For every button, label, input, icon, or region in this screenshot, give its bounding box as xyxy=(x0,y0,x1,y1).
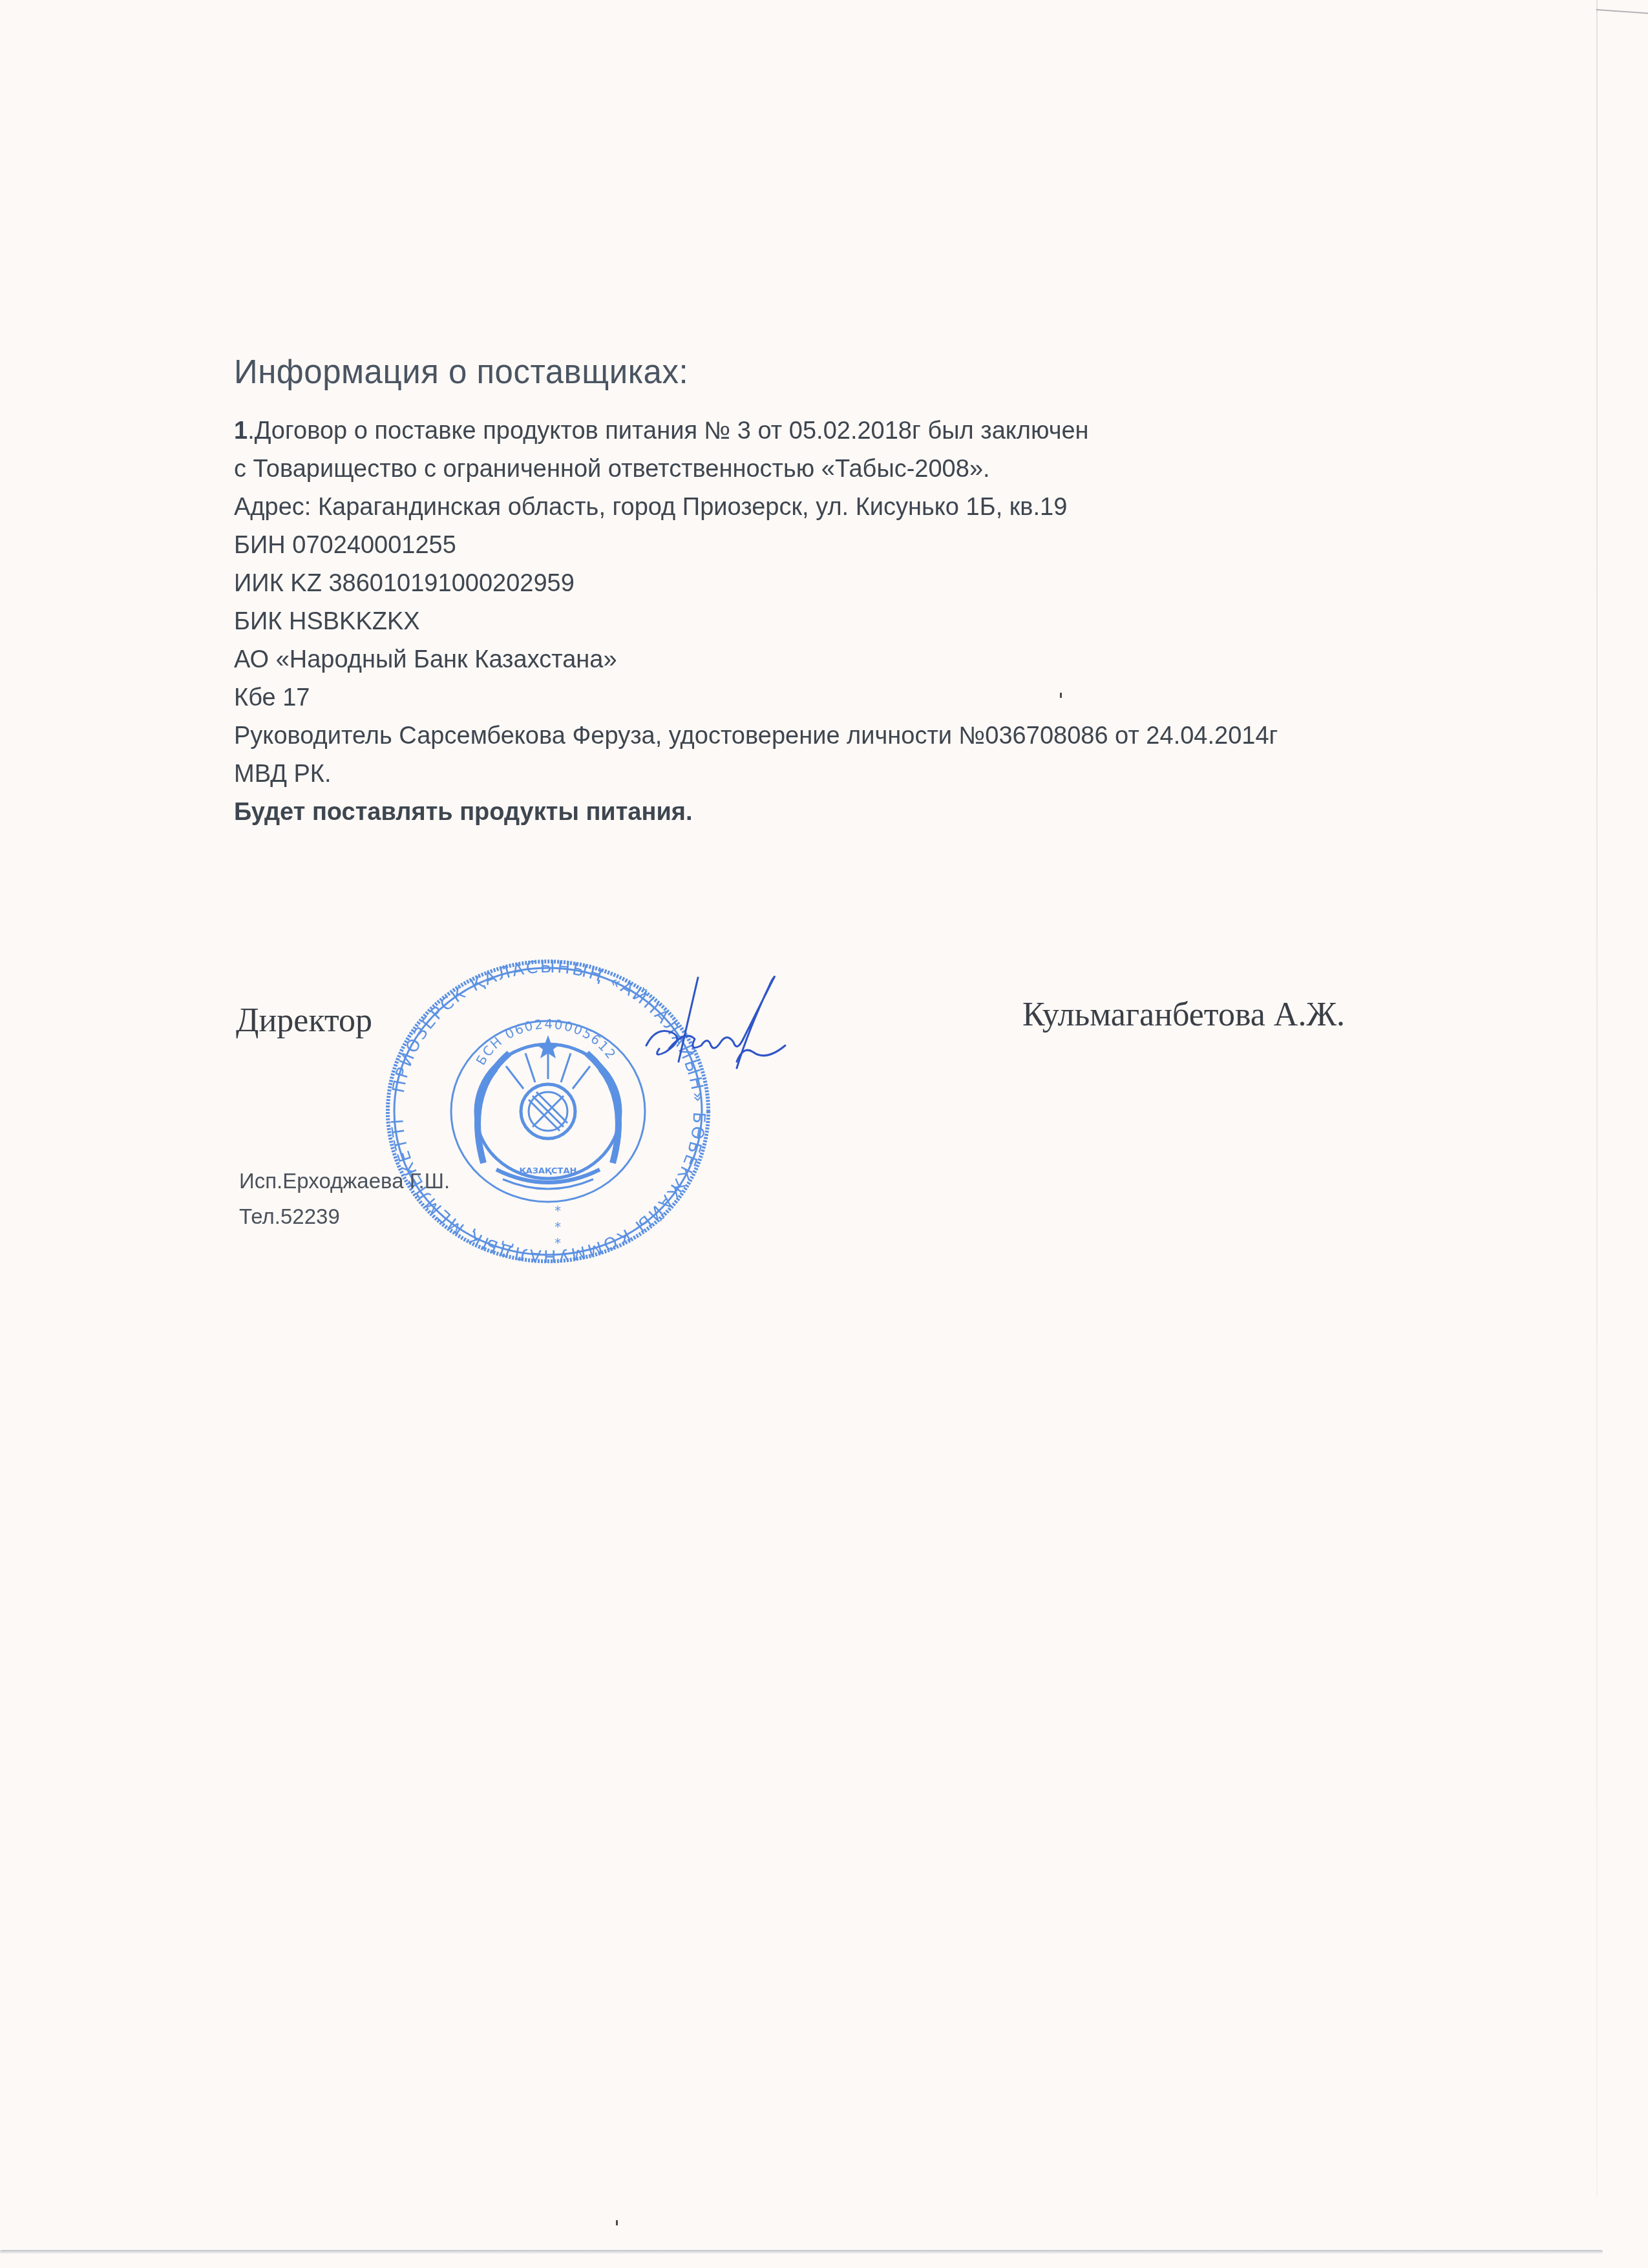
signature-icon xyxy=(640,955,808,1084)
bank-line: АО «Народный Банк Казахстана» xyxy=(234,641,1278,679)
bin-line: БИН 070240001255 xyxy=(234,527,1278,565)
executor-name: Исп.Ерходжаева Г.Ш. xyxy=(239,1163,450,1199)
scan-page-edge-bottom xyxy=(0,2250,1603,2254)
supply-summary: Будет поставлять продукты питания. xyxy=(234,793,1278,832)
scan-speck xyxy=(616,2220,618,2225)
svg-text:*: * xyxy=(555,1219,561,1234)
svg-text:*: * xyxy=(555,1235,561,1250)
svg-text:*: * xyxy=(555,1202,561,1218)
executor-info: Исп.Ерходжаева Г.Ш. Тел.52239 xyxy=(239,1163,450,1234)
bik-line: БИК HSBKKZKX xyxy=(234,603,1278,641)
company-line: с Товарищество с ограниченной ответствен… xyxy=(234,450,1278,488)
director-label: Директор xyxy=(236,1002,372,1040)
contract-line: 1.Договор о поставке продуктов питания №… xyxy=(234,412,1278,450)
scan-page-edge-right xyxy=(1596,0,1598,2197)
director-info-line: Руководитель Сарсембекова Феруза, удосто… xyxy=(234,717,1278,755)
iik-line: ИИК KZ 386010191000202959 xyxy=(234,565,1278,603)
issuer-line: МВД РК. xyxy=(234,755,1278,793)
kbe-line: Кбе 17 xyxy=(234,679,1278,717)
supplier-info: 1.Договор о поставке продуктов питания №… xyxy=(234,412,1278,832)
item-number: 1 xyxy=(234,417,248,445)
page-title: Информация о поставщиках: xyxy=(234,353,688,391)
address-line: Адрес: Карагандинская область, город При… xyxy=(234,488,1278,527)
executor-phone: Тел.52239 xyxy=(239,1199,450,1234)
director-name: Кульмаганбетова А.Ж. xyxy=(1022,996,1345,1034)
svg-text:ҚАЗАҚСТАН: ҚАЗАҚСТАН xyxy=(520,1166,577,1176)
scan-page-corner xyxy=(1596,0,1648,14)
